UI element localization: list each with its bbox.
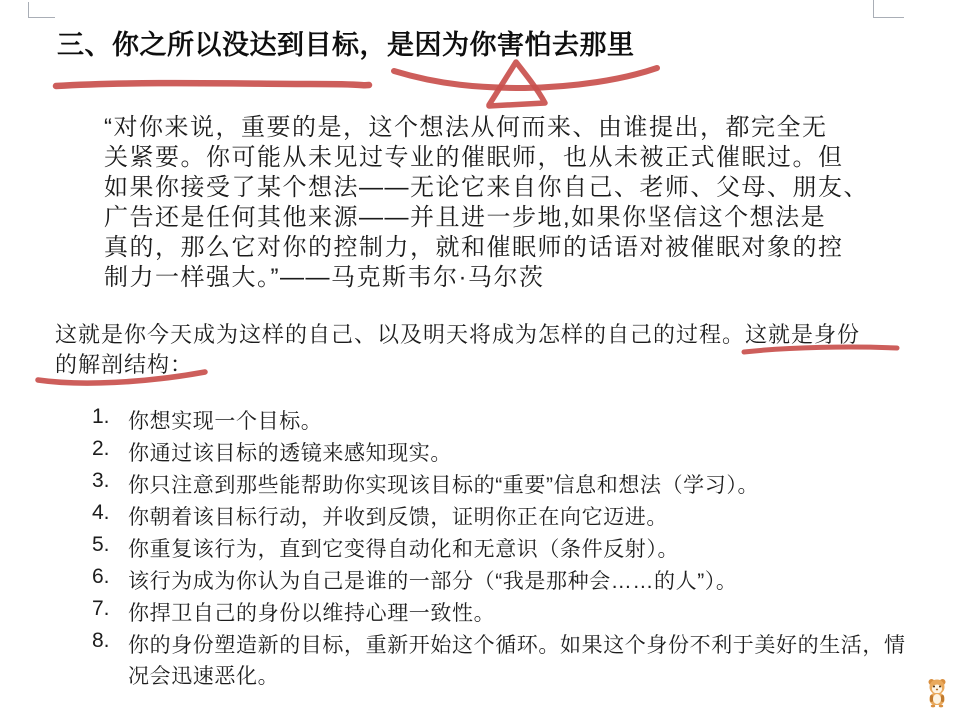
- list-item-text: 你捍卫自己的身份以维持心理一致性。: [128, 597, 495, 627]
- list-item-text: 你的身份塑造新的目标，重新开始这个循环。如果这个身份不利于美好的生活，情: [128, 629, 906, 659]
- list-item-text: 你朝着该目标行动，并收到反馈，证明你正在向它迈进。: [128, 501, 668, 531]
- list-item-text: 况会迅速恶化。: [128, 660, 279, 690]
- list-item-number: 8.: [92, 629, 110, 653]
- numbered-list: 1. 你想实现一个目标。 2. 你通过该目标的透镜来感知现实。 3. 你只注意到…: [0, 0, 960, 711]
- list-item-text: 你通过该目标的透镜来感知现实。: [128, 437, 452, 467]
- list-item-number: 2.: [92, 437, 110, 461]
- list-item-text: 你重复该行为，直到它变得自动化和无意识（条件反射）。: [128, 533, 679, 563]
- list-item-number: 4.: [92, 501, 110, 525]
- document-page: 三、你之所以没达到目标，是因为你害怕去那里 “对你来说，重要的是，这个想法从何而…: [0, 0, 960, 711]
- list-item-number: 5.: [92, 533, 110, 557]
- list-item-number: 1.: [92, 405, 110, 429]
- list-item-number: 7.: [92, 597, 110, 621]
- list-item-text: 你想实现一个目标。: [128, 405, 322, 435]
- list-item-text: 你只注意到那些能帮助你实现该目标的“重要”信息和想法（学习）。: [128, 469, 759, 499]
- list-item-text: 该行为成为你认为自己是谁的一部分（“我是那种会……的人”）。: [128, 565, 737, 595]
- hamster-mascot-icon[interactable]: [926, 677, 948, 708]
- list-item-number: 3.: [92, 469, 110, 493]
- list-item-number: 6.: [92, 565, 110, 589]
